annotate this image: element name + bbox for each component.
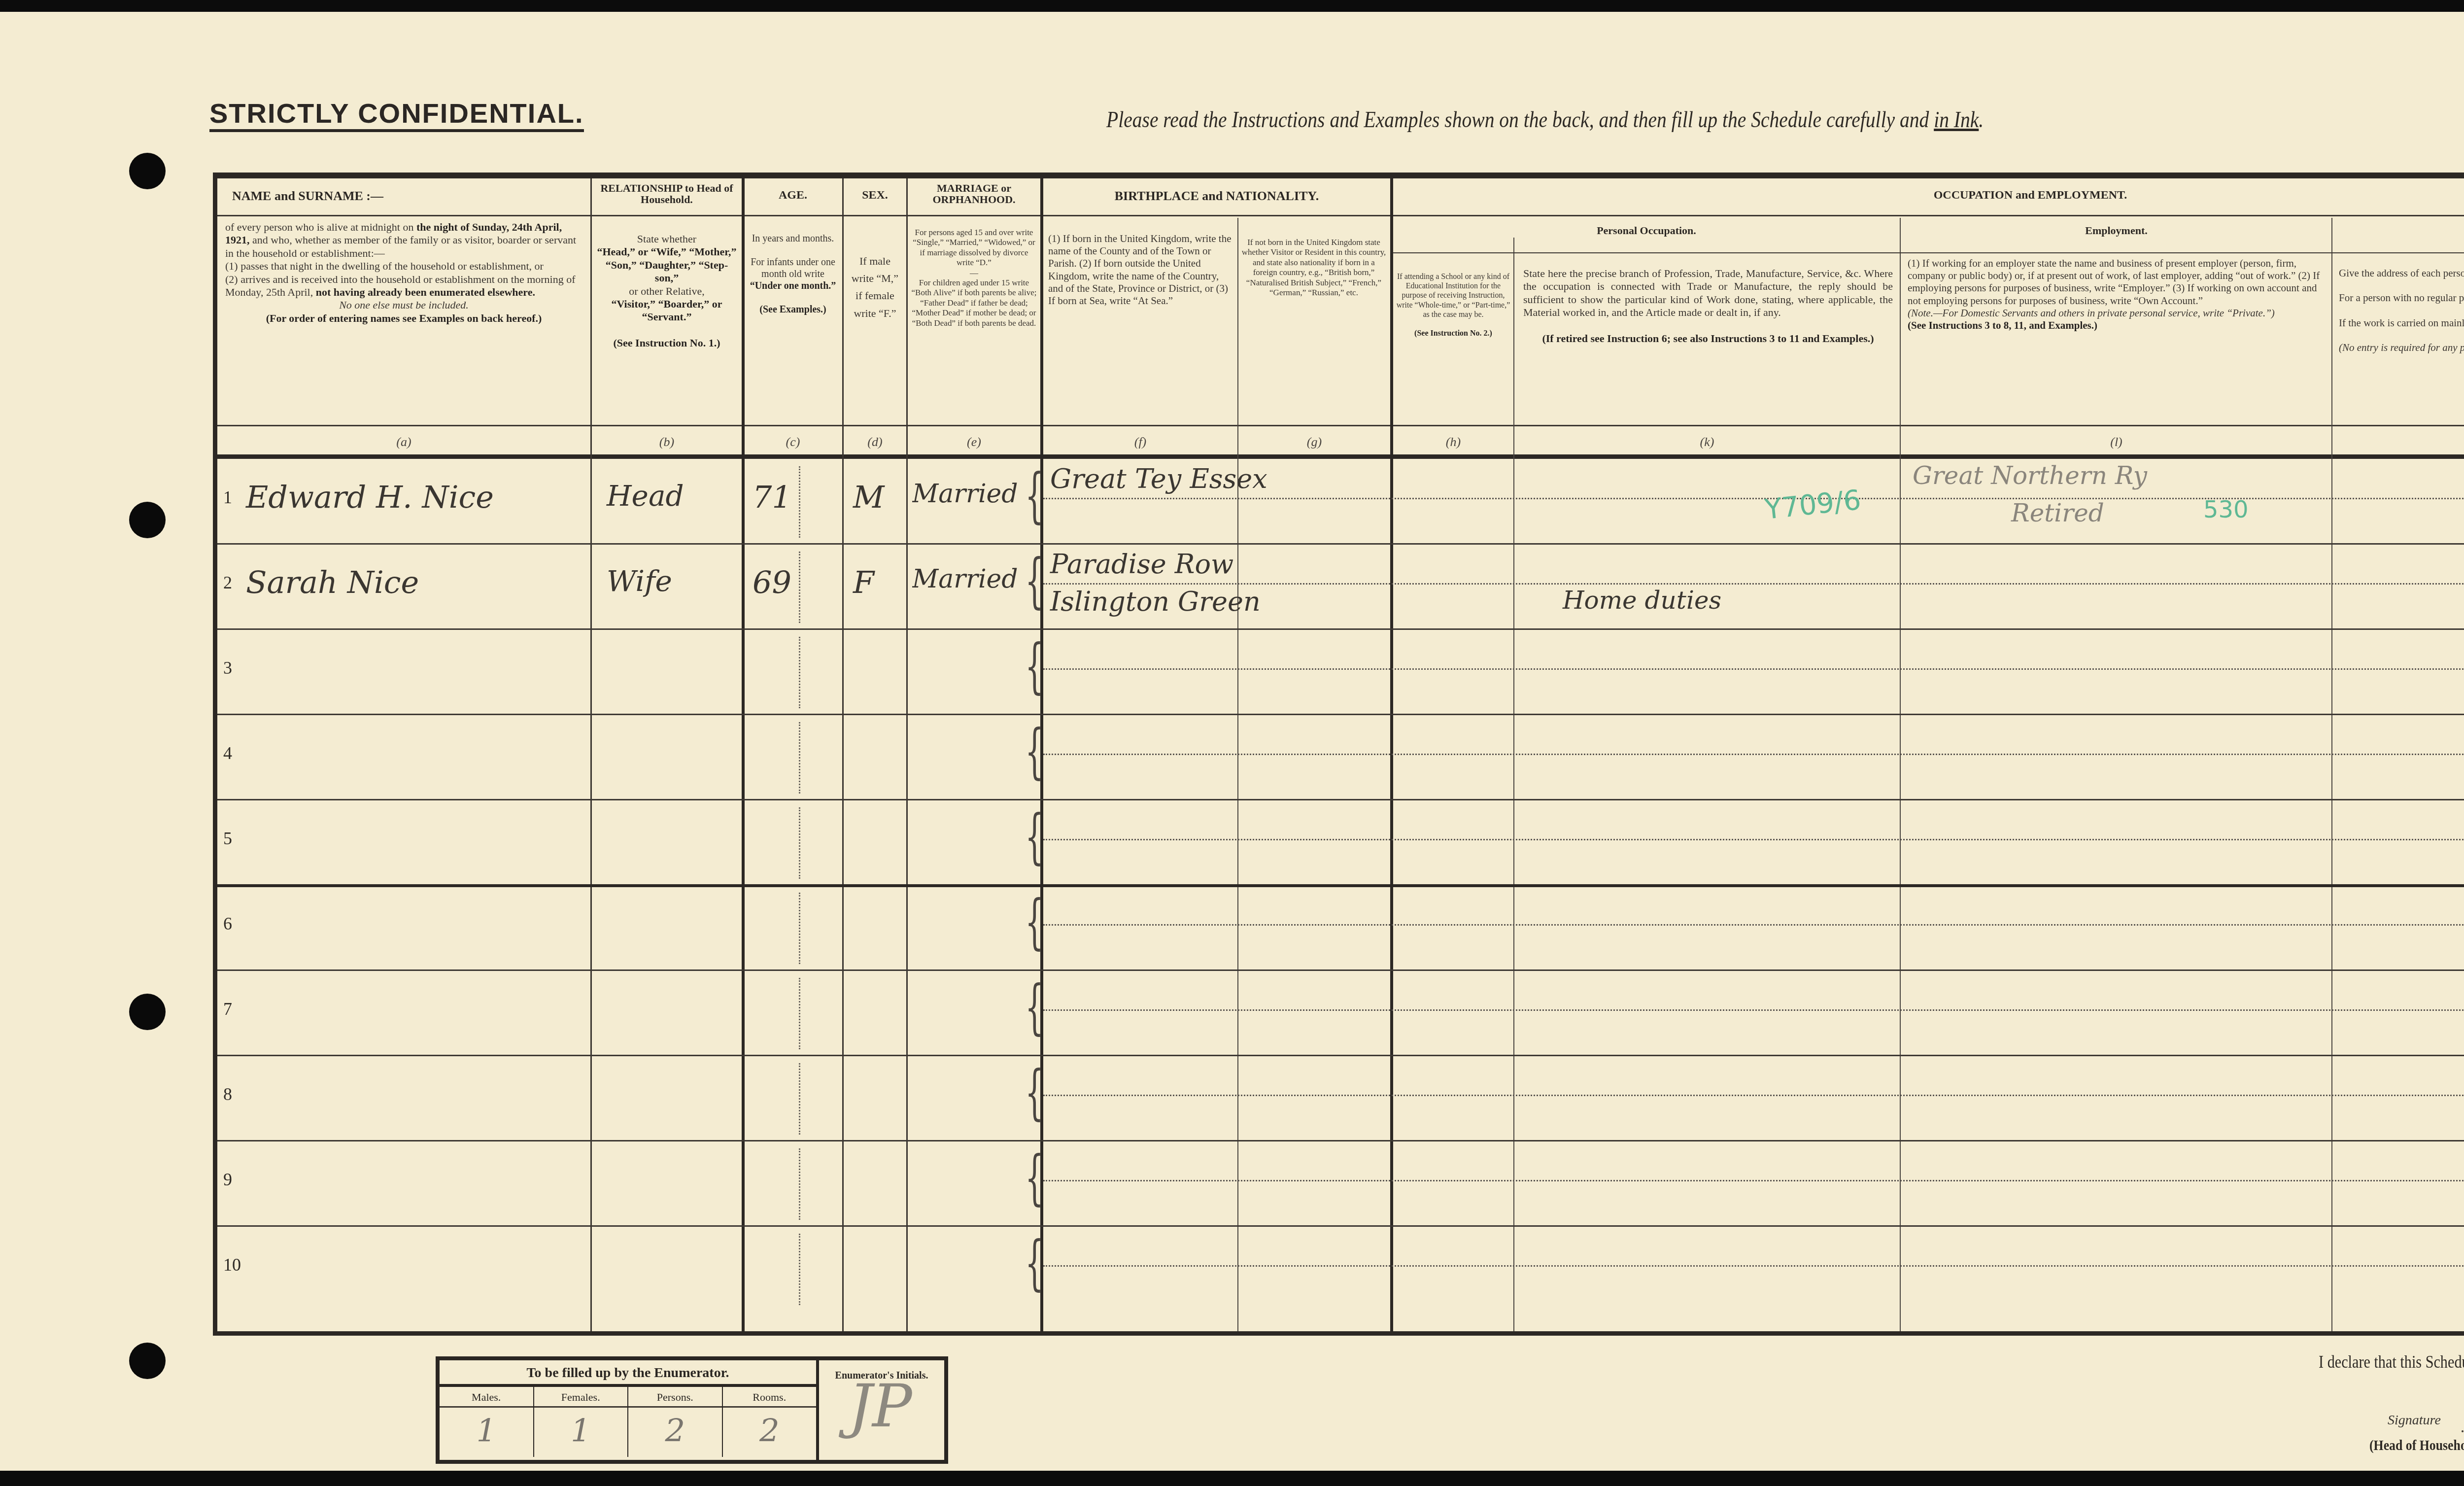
employment-line-2-field[interactable] <box>2011 1266 2258 1306</box>
relationship-field[interactable] <box>607 820 735 874</box>
age-years-field[interactable] <box>753 991 797 1045</box>
row-number: 7 <box>223 999 232 1019</box>
place-of-work-field[interactable] <box>2341 730 2464 789</box>
enumerator-initials-field[interactable]: Enumerator's Initials. JP <box>819 1360 944 1460</box>
signature-caption: (Head of Household, Manager of Establish… <box>2369 1437 2464 1454</box>
place-of-work-field[interactable] <box>2341 1071 2464 1130</box>
years-months-separator <box>799 1234 800 1305</box>
personal-occupation-field[interactable] <box>1563 1183 1898 1222</box>
birthplace-line-2-field[interactable] <box>1050 1012 1385 1052</box>
sex-column-instructions: If male write “M,” if female write “F.” <box>847 252 903 322</box>
marriage-field[interactable] <box>912 905 1026 960</box>
text: For persons aged 15 and over write “Sing… <box>913 228 1035 267</box>
row-divider <box>217 884 2464 887</box>
marriage-field[interactable] <box>912 735 1026 789</box>
personal-occupation-field[interactable] <box>1563 671 1898 711</box>
place-of-work-field[interactable] <box>2341 559 2464 619</box>
text: or other Relative, <box>629 285 704 297</box>
sex-field[interactable]: F <box>853 564 902 619</box>
years-months-separator <box>799 978 800 1049</box>
relationship-field[interactable] <box>607 1246 735 1301</box>
nationality-instructions: If not born in the United Kingdom state … <box>1240 238 1387 298</box>
brace-icon: { <box>1025 552 1044 611</box>
birthplace-line-1-field[interactable] <box>1050 1231 1385 1266</box>
relationship-field[interactable] <box>607 1161 735 1215</box>
marriage-column-title: MARRIAGE or ORPHANHOOD. <box>908 182 1040 205</box>
school-attendance-field[interactable] <box>1395 1151 1511 1215</box>
sex-field[interactable] <box>853 735 902 789</box>
age-years-field[interactable] <box>753 905 797 960</box>
text: If attending a School or any kind of Edu… <box>1397 273 1510 319</box>
age-column-title: AGE. <box>744 189 842 202</box>
years-months-separator <box>799 552 800 623</box>
employment-line-1-field[interactable] <box>1913 973 2317 1008</box>
employment-line-1-field[interactable] <box>1913 547 2317 582</box>
name-field[interactable] <box>246 1161 586 1215</box>
personal-occupation-title: Personal Occupation. <box>1393 225 1900 236</box>
school-attendance-field[interactable] <box>1395 640 1511 704</box>
years-months-separator <box>799 807 800 879</box>
occupation-column-title: OCCUPATION and EMPLOYMENT. <box>1393 189 2464 202</box>
text: (See Instructions 3 to 8, 11, and Exampl… <box>1908 319 2097 331</box>
employment-line-1-field[interactable] <box>1913 1143 2317 1179</box>
school-attendance-field[interactable] <box>1395 554 1511 619</box>
brace-icon: { <box>1025 637 1044 696</box>
col-divider <box>742 178 745 1331</box>
birthplace-line-1-field[interactable]: Paradise Row <box>1050 549 1385 584</box>
marriage-field[interactable]: Married <box>912 479 1026 533</box>
years-months-separator <box>799 1063 800 1135</box>
row-divider <box>217 714 2464 715</box>
rooms-field[interactable]: Rooms. 2 <box>723 1387 817 1457</box>
birthplace-line-2-field[interactable] <box>1050 1183 1385 1222</box>
text: (1) If working for an employer state the… <box>1908 257 2320 307</box>
column-letter: (b) <box>592 435 742 449</box>
age-years-field[interactable] <box>753 1246 797 1301</box>
text: If the work is carried on mainly at home… <box>2339 317 2464 329</box>
relationship-field[interactable]: Head <box>607 479 735 533</box>
text: and who, whether as member of the family… <box>225 234 576 259</box>
school-attendance-field[interactable] <box>1395 469 1511 533</box>
employment-line-1-field[interactable] <box>1913 888 2317 923</box>
place-of-work-field[interactable] <box>2341 900 2464 960</box>
employment-line-2-field[interactable] <box>2011 1181 2258 1220</box>
header-letters-divider <box>217 425 2464 426</box>
school-attendance-field[interactable] <box>1395 725 1511 789</box>
place-of-work-field[interactable] <box>2341 1156 2464 1215</box>
row-divider <box>217 628 2464 630</box>
birthplace-line-2-field[interactable] <box>1050 927 1385 967</box>
birthplace-line-1-field[interactable] <box>1050 1145 1385 1181</box>
name-field[interactable] <box>246 735 586 789</box>
punch-hole <box>129 994 166 1030</box>
instruction-text: Please read the Instructions and Example… <box>1106 107 1934 132</box>
header-divider <box>217 215 2464 216</box>
relationship-field[interactable]: Wife <box>607 564 735 619</box>
males-label: Males. <box>440 1387 533 1408</box>
brace-icon: { <box>1025 807 1044 866</box>
column-letter: (h) <box>1393 435 1513 449</box>
col-divider <box>842 178 844 1331</box>
enumerator-summary-box: To be filled up by the Enumerator. Males… <box>436 1356 948 1464</box>
row-divider <box>217 1140 2464 1141</box>
relationship-field[interactable] <box>607 735 735 789</box>
enumerator-initials-value: JP <box>849 1372 912 1441</box>
personal-occupation-instructions: State here the precise branch of Profess… <box>1523 267 1893 345</box>
column-letter: (m) <box>2333 435 2464 449</box>
employment-line-1-field[interactable] <box>1913 1229 2317 1264</box>
census-schedule-sheet: STRICTLY CONFIDENTIAL. Please read the I… <box>0 12 2464 1471</box>
col-divider <box>906 178 908 1331</box>
column-letter: (c) <box>744 435 842 449</box>
relationship-field[interactable] <box>607 1076 735 1130</box>
column-letter: (l) <box>1901 435 2331 449</box>
place-of-work-field[interactable] <box>2341 645 2464 704</box>
age-years-field[interactable] <box>753 650 797 704</box>
persons-value: 2 <box>628 1408 722 1455</box>
birthplace-line-2-field[interactable] <box>1050 1268 1385 1308</box>
marriage-field[interactable] <box>912 650 1026 704</box>
text: “Under one month.” <box>750 280 836 291</box>
years-months-separator <box>799 466 800 538</box>
birthplace-line-2-field[interactable] <box>1050 757 1385 796</box>
marriage-field[interactable] <box>912 1161 1026 1215</box>
employment-code: 530 <box>2203 496 2249 523</box>
school-attendance-instructions: If attending a School or any kind of Edu… <box>1395 272 1511 338</box>
males-field[interactable]: Males. 1 <box>440 1387 534 1457</box>
age-years-field[interactable] <box>753 820 797 874</box>
years-months-separator <box>799 1148 800 1220</box>
birthplace-line-2-field[interactable]: Islington Green <box>1050 586 1385 625</box>
place-of-work-title: Place of Work. <box>2333 225 2464 236</box>
name-field[interactable] <box>246 820 586 874</box>
marriage-column-instructions: For persons aged 15 and over write “Sing… <box>910 228 1038 328</box>
column-letter: (a) <box>217 435 590 449</box>
school-attendance-field[interactable] <box>1395 981 1511 1045</box>
brace-icon: { <box>1025 722 1044 781</box>
text: No one else must be included. <box>225 299 582 311</box>
years-months-separator <box>799 893 800 964</box>
females-value: 1 <box>534 1408 628 1455</box>
personal-occupation-field[interactable] <box>1563 1268 1898 1308</box>
birthplace-line-2-field[interactable] <box>1050 501 1385 540</box>
text: For a person with no regular place of wo… <box>2339 292 2464 304</box>
birthplace-line-1-field[interactable] <box>1050 719 1385 755</box>
signature-label: Signature <box>2388 1413 2441 1428</box>
name-field[interactable]: Edward H. Nice <box>246 479 586 533</box>
females-field[interactable]: Females. 1 <box>534 1387 629 1457</box>
row-number: 10 <box>223 1254 241 1275</box>
text: (If retired see Instruction 6; see also … <box>1523 332 1893 345</box>
age-years-field[interactable]: 71 <box>753 479 797 533</box>
declaration-text: I declare that this Schedule is correctl… <box>2319 1351 2464 1372</box>
years-months-separator <box>799 722 800 794</box>
signature-line <box>2462 1430 2464 1432</box>
row-number: 6 <box>223 913 232 934</box>
males-value: 1 <box>440 1408 533 1455</box>
row-divider <box>217 543 2464 545</box>
column-letter: (f) <box>1043 435 1237 449</box>
place-of-work-field[interactable] <box>2341 986 2464 1045</box>
sex-field[interactable] <box>853 1076 902 1130</box>
employment-title: Employment. <box>1901 225 2331 236</box>
text: State here the precise branch of Profess… <box>1523 267 1893 318</box>
text: not having already been enumerated elsew… <box>316 286 535 298</box>
age-years-field[interactable] <box>753 735 797 789</box>
birthplace-line-1-field[interactable] <box>1050 975 1385 1010</box>
marriage-field[interactable] <box>912 1246 1026 1301</box>
place-of-work-field[interactable] <box>2341 1242 2464 1301</box>
females-label: Females. <box>534 1387 628 1408</box>
text: (See Instruction No. 1.) <box>614 337 720 349</box>
relationship-column-title: RELATIONSHIP to Head of Household. <box>592 182 742 205</box>
strictly-confidential-heading: STRICTLY CONFIDENTIAL. <box>209 100 584 132</box>
column-letter: (g) <box>1238 435 1390 449</box>
birthplace-line-1-field[interactable] <box>1050 1060 1385 1096</box>
row-divider <box>217 1055 2464 1056</box>
marriage-field[interactable] <box>912 1076 1026 1130</box>
birthplace-column-title: BIRTHPLACE and NATIONALITY. <box>1043 189 1390 203</box>
punch-hole <box>129 502 166 538</box>
employment-line-1-field[interactable] <box>1913 717 2317 753</box>
relationship-field[interactable] <box>607 650 735 704</box>
marriage-field[interactable]: Married <box>912 564 1026 619</box>
place-of-work-field[interactable] <box>2341 474 2464 533</box>
row-number: 4 <box>223 743 232 763</box>
row-number: 9 <box>223 1169 232 1190</box>
sex-field[interactable] <box>853 820 902 874</box>
header-bottom-rule <box>217 454 2464 459</box>
row-number: 8 <box>223 1084 232 1105</box>
text: State whether <box>637 233 696 245</box>
employment-line-1-field[interactable] <box>1913 632 2317 667</box>
instruction-end: . <box>1979 107 1984 132</box>
employment-instructions: (1) If working for an employer state the… <box>1908 257 2327 332</box>
sex-field[interactable]: M <box>853 479 902 533</box>
text: “Visitor,” “Boarder,” or “Servant.” <box>612 298 722 323</box>
row-number: 2 <box>223 572 232 593</box>
punch-hole <box>129 153 166 189</box>
sex-column-title: SEX. <box>844 189 906 202</box>
name-field[interactable] <box>246 1076 586 1130</box>
household-schedule-table: NAME and SURNAME :— of every person who … <box>213 173 2464 1336</box>
employment-line-1-field[interactable] <box>1913 802 2317 838</box>
employment-line-2-field[interactable] <box>2011 755 2258 794</box>
column-letter: (k) <box>1514 435 1900 449</box>
text: (See Instruction No. 2.) <box>1414 329 1492 338</box>
name-field[interactable]: Sarah Nice <box>246 564 586 619</box>
employment-line-2-field[interactable] <box>2011 925 2258 965</box>
sex-field[interactable] <box>853 905 902 960</box>
text: For children aged under 15 write “Both A… <box>912 278 1037 328</box>
school-attendance-field[interactable] <box>1395 1066 1511 1130</box>
brace-icon: { <box>1025 1234 1044 1293</box>
sex-field[interactable] <box>853 1246 902 1301</box>
employment-line-1-field[interactable] <box>1913 1058 2317 1094</box>
sex-field[interactable] <box>853 650 902 704</box>
persons-label: Persons. <box>628 1387 722 1408</box>
employment-line-2-field[interactable] <box>2011 840 2258 879</box>
birthplace-line-1-field[interactable] <box>1050 804 1385 840</box>
column-letter: (d) <box>844 435 906 449</box>
subheader-divider <box>1393 252 2464 253</box>
name-column-instructions: of every person who is alive at midnight… <box>225 221 582 325</box>
text: of every person who is alive at midnight… <box>225 221 413 233</box>
birthplace-line-2-field[interactable] <box>1050 842 1385 881</box>
enumerator-box-title: To be filled up by the Enumerator. <box>440 1360 816 1387</box>
text: (1) passes that night in the dwelling of… <box>225 260 544 272</box>
personal-occupation-field[interactable] <box>1563 757 1898 796</box>
row-divider <box>217 1225 2464 1227</box>
employment-line-2-field[interactable] <box>2011 669 2258 709</box>
personal-occupation-field[interactable]: Home duties <box>1563 586 1898 625</box>
persons-field[interactable]: Persons. 2 <box>628 1387 723 1457</box>
marriage-field[interactable] <box>912 820 1026 874</box>
personal-occupation-field[interactable] <box>1563 1098 1898 1137</box>
birthplace-line-2-field[interactable] <box>1050 671 1385 711</box>
name-field[interactable] <box>246 1246 586 1301</box>
age-years-field[interactable] <box>753 1076 797 1130</box>
school-attendance-field[interactable] <box>1395 1237 1511 1301</box>
years-months-separator <box>799 637 800 708</box>
text: For infants under one month old write <box>751 257 835 279</box>
col-divider <box>590 178 592 1331</box>
row-divider <box>217 799 2464 800</box>
row-divider <box>217 969 2464 971</box>
place-of-work-field[interactable] <box>2341 815 2464 874</box>
name-column-title: NAME and SURNAME :— <box>217 189 590 203</box>
brace-icon: { <box>1025 893 1044 952</box>
marriage-field[interactable] <box>912 991 1026 1045</box>
row-number: 5 <box>223 828 232 849</box>
rooms-label: Rooms. <box>723 1387 817 1408</box>
employment-line-2-field[interactable] <box>2011 1010 2258 1050</box>
relationship-field[interactable] <box>607 991 735 1045</box>
name-field[interactable] <box>246 650 586 704</box>
birthplace-line-2-field[interactable] <box>1050 1098 1385 1137</box>
column-letter: (e) <box>908 435 1040 449</box>
text: (See Examples.) <box>759 304 826 315</box>
place-of-work-instructions: Give the address of each person's place … <box>2339 267 2464 354</box>
sex-field[interactable] <box>853 991 902 1045</box>
col-divider <box>1900 218 1901 1331</box>
personal-occupation-field[interactable] <box>1563 842 1898 881</box>
rooms-value: 2 <box>723 1408 817 1455</box>
row-number: 1 <box>223 487 232 508</box>
sex-field[interactable] <box>853 1161 902 1215</box>
relationship-column-instructions: State whether “Head,” or “Wife,” “Mother… <box>597 233 737 350</box>
personal-occupation-field[interactable] <box>1563 927 1898 967</box>
text: (For order of entering names see Example… <box>225 312 582 325</box>
instruction-emphasis: in Ink <box>1934 107 1979 132</box>
text: “Head,” or “Wife,” “Mother,” “Son,” “Dau… <box>597 245 736 284</box>
birthplace-line-1-field[interactable]: Great Tey Essex <box>1050 463 1385 499</box>
school-attendance-field[interactable] <box>1395 810 1511 874</box>
row-number: 3 <box>223 657 232 678</box>
punch-hole <box>129 1343 166 1379</box>
age-years-field[interactable] <box>753 1161 797 1215</box>
brace-icon: { <box>1025 466 1044 525</box>
age-years-field[interactable]: 69 <box>753 564 797 619</box>
employment-line-1-field[interactable]: Great Northern Ry <box>1913 461 2317 497</box>
col-divider <box>2331 218 2332 1331</box>
employment-line-2-field[interactable] <box>2011 1096 2258 1135</box>
age-column-instructions: In years and months. For infants under o… <box>748 233 838 315</box>
employment-line-2-field[interactable] <box>2011 584 2258 623</box>
birthplace-line-1-field[interactable] <box>1050 890 1385 925</box>
personal-occupation-field[interactable] <box>1563 1012 1898 1052</box>
text: (Note.—For Domestic Servants and others … <box>1908 307 2275 319</box>
brace-icon: { <box>1025 1148 1044 1208</box>
brace-icon: { <box>1025 1063 1044 1122</box>
col-divider <box>1513 238 1514 1331</box>
name-field[interactable] <box>246 991 586 1045</box>
brace-icon: { <box>1025 978 1044 1037</box>
birthplace-line-1-field[interactable] <box>1050 634 1385 669</box>
relationship-field[interactable] <box>607 905 735 960</box>
instruction-line: Please read the Instructions and Example… <box>1106 106 1984 133</box>
name-field[interactable] <box>246 905 586 960</box>
birthplace-instructions: (1) If born in the United Kingdom, write… <box>1048 233 1233 307</box>
text: In years and months. <box>752 233 834 244</box>
text: (No entry is required for any person who… <box>2339 342 2464 353</box>
school-attendance-field[interactable] <box>1395 896 1511 960</box>
text: Give the address of each person's place … <box>2339 267 2464 279</box>
